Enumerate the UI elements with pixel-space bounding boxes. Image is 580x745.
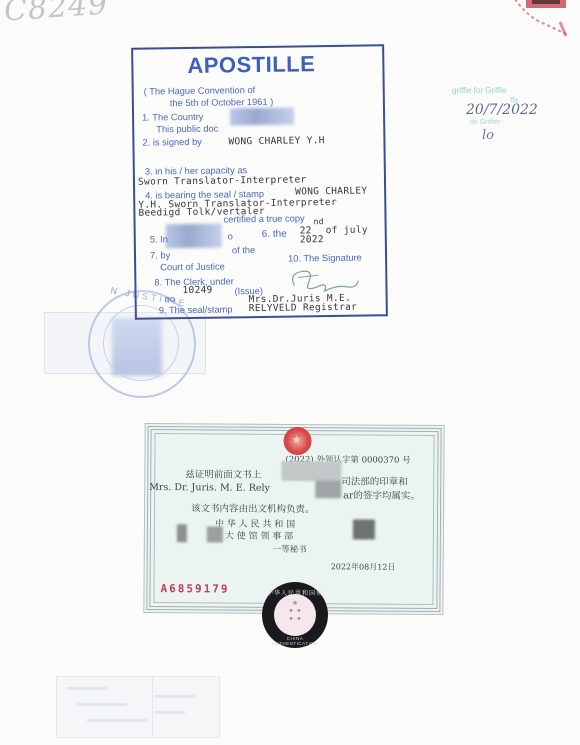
convention-line-1: ( The Hague Convention of [144,85,256,97]
body-line-1-start: 兹证明前面文书上 [185,466,261,481]
redacted-country [230,108,294,126]
emblem-star-icon: ★ [292,433,302,446]
body-line-2-end: ar的签字均属实。 [343,487,420,502]
field-2-value: WONG CHARLEY Y.H [228,135,324,147]
field-2-label: 2. is signed by [142,137,202,148]
faint-line [87,719,147,722]
corner-red-stamp-fragment [510,0,570,38]
field-6-label: 6. the [262,229,287,240]
redacted-place [166,224,222,249]
field-1-label: 1. The Country [142,112,203,123]
issuer-line-2: 大 使 馆 领 事 部 [225,529,293,542]
apostille-stamp: APOSTILLE ( The Hague Convention of the … [131,44,388,320]
redacted-issuer-left [177,524,187,542]
field-5-label: 5. In [150,234,168,244]
certified-label: certified a true copy [223,213,304,224]
apostille-title: APOSTILLE [187,51,315,79]
certificate-date: 2022年08月12日 [331,561,396,572]
redacted-body-1 [281,461,341,481]
field-7-label: 7. by [150,250,170,260]
field-8-value: 10249 [182,285,212,296]
faint-line [77,703,127,706]
body-line-3: 该文书内容由出文机构负责。 [191,500,315,515]
auth-seal-bottom-text: CHINA AUTHENTICATION [266,636,324,646]
convention-line-2: the 5th of October 1961 ) [170,97,274,108]
field-3-value: Sworn Translator-Interpreter [138,174,307,187]
registry-initial: lo [482,128,494,143]
body-line-2-start: Mrs. Dr. Juris. M. E. Rely [149,482,270,494]
registry-date: 20/7/2022 [466,102,538,118]
redacted-signature [353,519,375,539]
faded-bottom-document [56,676,220,738]
field-7-suffix: of the [232,245,255,255]
field-10-label: 10. The Signature [288,253,362,264]
field-5-suffix: o [228,231,233,241]
faint-line [155,695,195,698]
faint-line [155,711,185,714]
registry-stamp-line-1: griffie for Griffie [452,86,506,95]
redacted-issuer-mid [207,526,223,542]
registry-stamp-line-3: de Griffier [470,119,501,126]
body-line-1-end: 司法部的印章和 [341,473,408,487]
field-6-year: 2022 [300,234,324,245]
signature [284,265,364,298]
redacted-body-2 [315,480,341,498]
field-9-value-line-2: RELYVELD Registrar [249,302,358,315]
field-8-no-label: no [165,294,175,304]
certificate-serial-number: A6859179 [160,582,229,595]
auth-seal-stars-icon: ★ ✦ ✦ ✦ ✦ [281,600,309,624]
field-9-label: 9. The seal/stamp [159,304,233,315]
field-6-day-suffix: nd [313,217,323,226]
faint-divider [152,677,153,737]
signer-title: 一等秘书 [273,543,307,555]
handwritten-reference-number: C8249 [3,0,109,29]
court-label: Court of Justice [160,261,225,272]
field-6-month: of july [326,224,368,236]
public-doc-label: This public doc [156,124,218,135]
faint-line [67,687,107,690]
field-4-value-line-1: WONG CHARLEY [295,185,367,197]
